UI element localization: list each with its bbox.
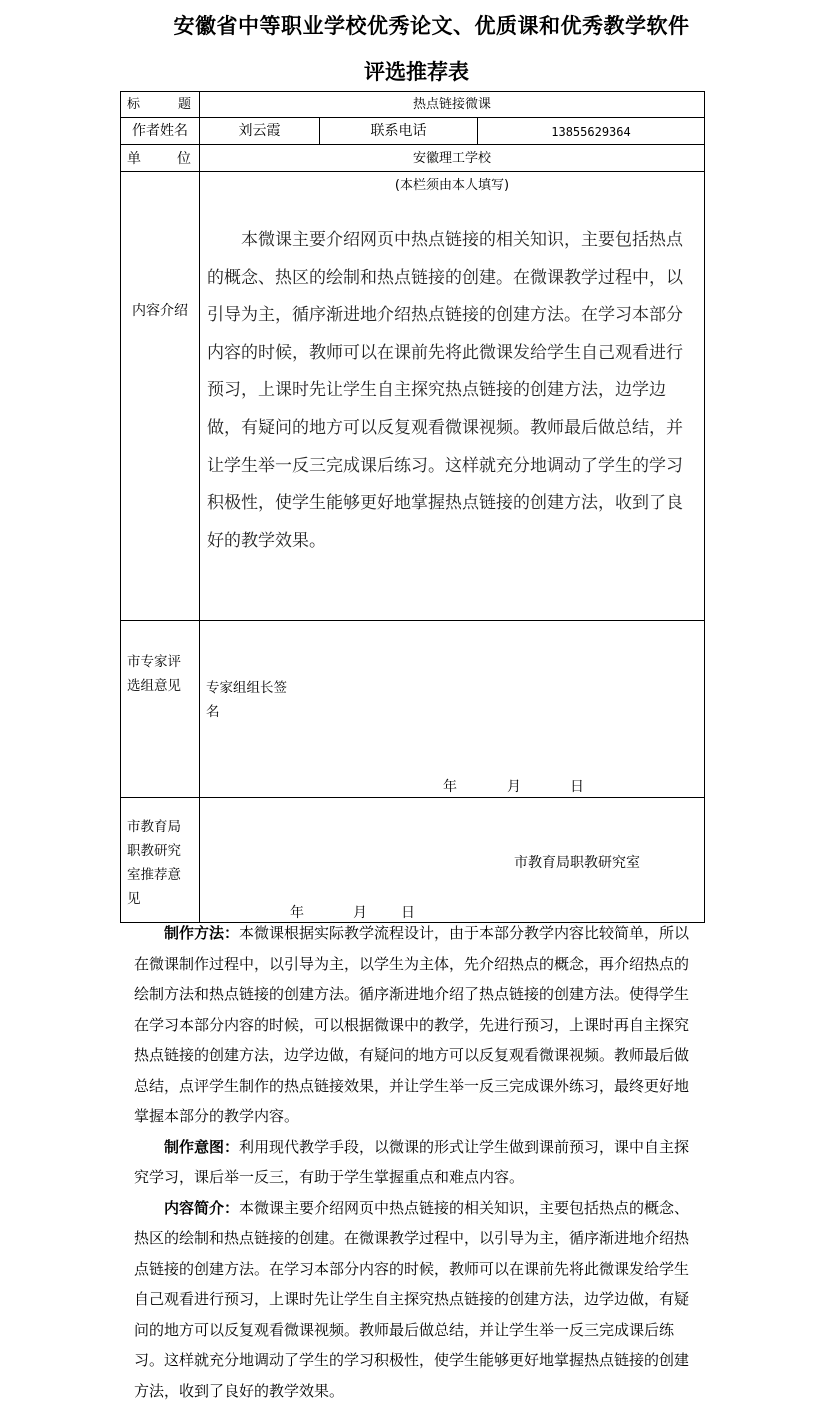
bureau-label-line: 室推荐意 — [127, 863, 181, 887]
expert-sign-field[interactable]: 专家组组长签 名 — [206, 676, 287, 724]
expert-label-line: 市专家评 — [127, 650, 181, 674]
row-divider — [120, 797, 705, 798]
section-text: 本微课根据实际教学流程设计，由于本部分教学内容比较简单，所以在微课制作过程中，以… — [134, 924, 689, 1125]
author-label: 作者姓名 — [121, 123, 199, 139]
document-subtitle: 评选推荐表 — [0, 56, 823, 86]
bureau-label: 市教育局 职教研究 室推荐意 见 — [127, 815, 181, 911]
unit-label: 单 位 — [127, 151, 191, 167]
row-divider — [120, 620, 705, 621]
title-label-char: 题 — [178, 97, 191, 113]
section-heading: 制作方法： — [164, 924, 239, 942]
bureau-label-line: 市教育局 — [127, 815, 181, 839]
column-divider — [199, 91, 200, 923]
expert-sign-line: 专家组组长签 — [206, 676, 287, 700]
intro-label: 内容介绍 — [121, 303, 199, 319]
intro-paragraph: 本微课主要介绍网页中热点链接的相关知识，主要包括热点的概念、热区的绘制和热点链接… — [207, 222, 697, 560]
expert-sign-line: 名 — [206, 700, 287, 724]
bureau-label-line: 职教研究 — [127, 839, 181, 863]
expert-date-month: 月 — [507, 779, 521, 795]
unit-label-char: 单 — [127, 151, 141, 167]
phone-value: 13855629364 — [478, 124, 704, 140]
section-making-method: 制作方法：本微课根据实际教学流程设计，由于本部分教学内容比较简单，所以在微课制作… — [134, 918, 694, 1132]
expert-date-day: 日 — [570, 779, 584, 795]
section-intent: 制作意图：利用现代教学手段，以微课的形式让学生做到课前预习，课中自主探究学习，课… — [134, 1132, 694, 1193]
unit-label-char: 位 — [177, 151, 191, 167]
unit-value: 安徽理工学校 — [200, 151, 704, 167]
table-border-top — [120, 91, 705, 92]
document-title: 安徽省中等职业学校优秀论文、优质课和优秀教学软件 — [0, 10, 823, 40]
phone-label: 联系电话 — [320, 123, 477, 139]
bureau-org: 市教育局职教研究室 — [514, 855, 640, 871]
title-label-char: 标 — [127, 97, 140, 113]
intro-note: (本栏须由本人填写) — [200, 178, 704, 194]
intro-text: 本微课主要介绍网页中热点链接的相关知识，主要包括热点的概念、热区的绘制和热点链接… — [207, 222, 697, 560]
row-divider — [120, 171, 705, 172]
expert-label: 市专家评 选组意见 — [127, 650, 181, 698]
row-divider — [120, 144, 705, 145]
table-border-right — [704, 91, 705, 923]
expert-date-year: 年 — [443, 779, 457, 795]
section-heading: 制作意图： — [164, 1138, 239, 1156]
description-sections: 制作方法：本微课根据实际教学流程设计，由于本部分教学内容比较简单，所以在微课制作… — [134, 918, 694, 1406]
table-border-left — [120, 91, 121, 923]
section-heading: 内容简介： — [164, 1199, 239, 1217]
section-text: 本微课主要介绍网页中热点链接的相关知识，主要包括热点的概念、热区的绘制和热点链接… — [134, 1199, 689, 1400]
expert-label-line: 选组意见 — [127, 674, 181, 698]
title-value: 热点链接微课 — [200, 97, 704, 113]
section-summary: 内容简介：本微课主要介绍网页中热点链接的相关知识，主要包括热点的概念、热区的绘制… — [134, 1193, 694, 1407]
bureau-label-line: 见 — [127, 887, 181, 911]
author-value: 刘云霞 — [200, 123, 319, 139]
title-label: 标 题 — [127, 97, 191, 113]
row-divider — [120, 117, 705, 118]
